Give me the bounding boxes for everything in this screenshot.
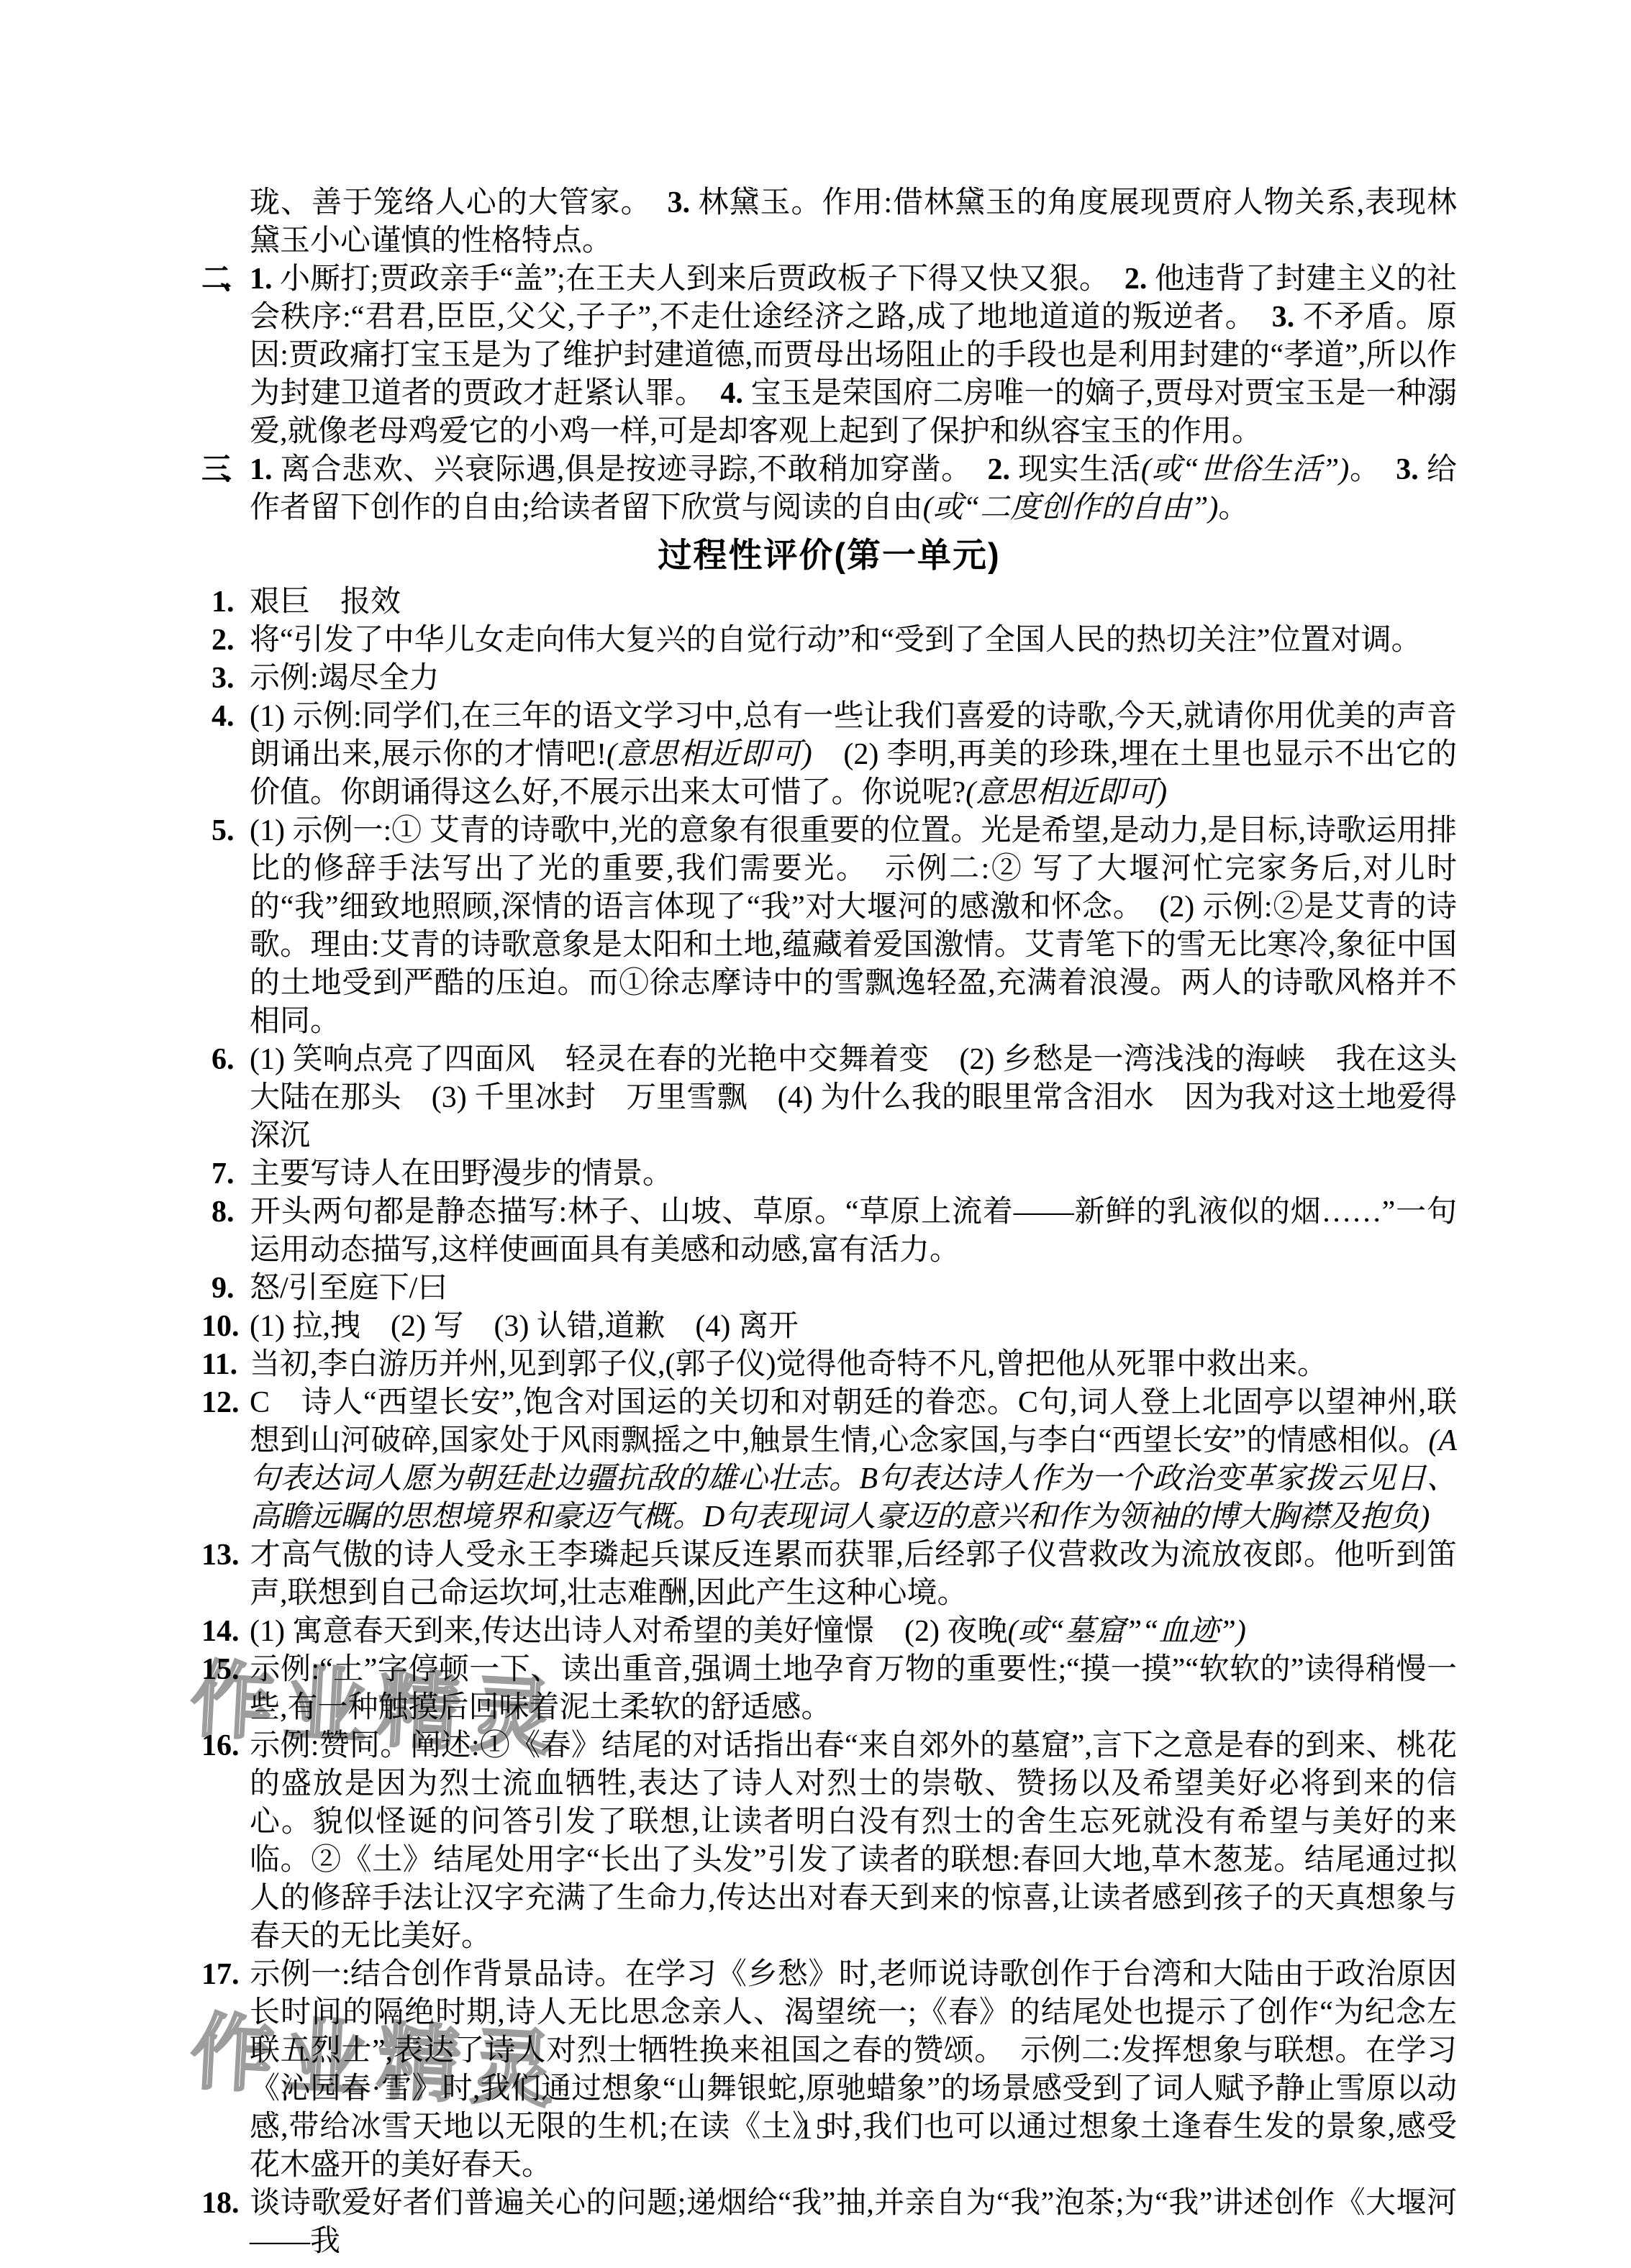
- section-marker: 三、: [201, 451, 250, 489]
- text-run: 4.: [720, 377, 743, 410]
- answer-item: 5.(1) 示例一:① 艾青的诗歌中,光的意象有很重要的位置。光是希望,是动力,…: [201, 812, 1457, 1041]
- text-run: (或“墓窟”“血迹”): [1007, 1615, 1245, 1648]
- answer-item: 10.(1) 拉,拽 (2) 写 (3) 认错,道歉 (4) 离开: [201, 1308, 1457, 1346]
- item-number: 17.: [201, 1956, 250, 1994]
- item-number: 3.: [201, 660, 250, 698]
- answer-item: 11.当初,李白游历并州,见到郭子仪,(郭子仪)觉得他奇特不凡,曾把他从死罪中救…: [201, 1346, 1457, 1384]
- text-run: 1.: [250, 453, 273, 486]
- text-run: (1) 示例一:① 艾青的诗歌中,光的意象有很重要的位置。光是希望,是动力,是目…: [250, 814, 1457, 1038]
- item-number: 1.: [201, 583, 250, 621]
- answer-item: 8.开头两句都是静态描写:林子、山坡、草原。“草原上流着——新鲜的乳液似的烟………: [201, 1193, 1457, 1270]
- answer-item: 3.示例:竭尽全力: [201, 660, 1457, 698]
- item-number: 2.: [201, 621, 250, 660]
- text-run: 示例一:结合创作背景品诗。在学习《乡愁》时,老师说诗歌创作于台湾和大陆由于政治原…: [250, 1958, 1457, 2182]
- text-run: 过程性评价(第一单元): [658, 536, 1000, 574]
- text-run: (意思相近即可): [606, 738, 812, 771]
- answer-item: 三、1. 离合悲欢、兴衰际遇,俱是按迹寻踪,不敢稍加穿凿。 2. 现实生活(或“…: [201, 451, 1457, 527]
- text-run: 谈诗歌爱好者们普遍关心的问题;递烟给“我”抽,并亲自为“我”泡茶;为“我”讲述创…: [250, 2187, 1457, 2258]
- answer-item: 6.(1) 笑响点亮了四面风 轻灵在春的光艳中交舞着变 (2) 乡愁是一湾浅浅的…: [201, 1041, 1457, 1155]
- text-run: 小厮打;贾政亲手“盖”;在王夫人到来后贾政板子下得又快又狠。: [273, 263, 1125, 296]
- answer-blocks: 珑、善于笼络人心的大管家。 3. 林黛玉。作用:借林黛玉的角度展现贾府人物关系,…: [201, 184, 1457, 2261]
- answer-item: 15.示例:“土”字停顿一下、读出重音,强调土地孕育万物的重要性;“摸一摸”“软…: [201, 1651, 1457, 1727]
- text-run: 示例:“土”字停顿一下、读出重音,强调土地孕育万物的重要性;“摸一摸”“软软的”…: [250, 1653, 1457, 1724]
- answer-item: 二、1. 小厮打;贾政亲手“盖”;在王夫人到来后贾政板子下得又快又狠。 2. 他…: [201, 260, 1457, 451]
- text-run: 艰巨 报效: [250, 586, 401, 619]
- item-number: 10.: [201, 1308, 250, 1346]
- text-run: 示例:竭尽全力: [250, 662, 440, 695]
- text-run: C 诗人“西望长安”,饱含对国运的关切和对朝廷的眷恋。C句,词人登上北固亭以望神…: [250, 1386, 1457, 1457]
- answer-item: 16.示例:赞同。阐述:①《春》结尾的对话指出春“来自郊外的墓窟”,言下之意是春…: [201, 1727, 1457, 1956]
- text-run: 1.: [250, 263, 273, 296]
- item-number: 5.: [201, 812, 250, 850]
- text-run: (1) 寓意春天到来,传达出诗人对希望的美好憧憬 (2) 夜晚: [250, 1615, 1007, 1648]
- answer-item: 4.(1) 示例:同学们,在三年的语文学习中,总有一些让我们喜爱的诗歌,今天,就…: [201, 698, 1457, 812]
- text-run: 3.: [1396, 453, 1419, 486]
- item-number: 6.: [201, 1041, 250, 1079]
- answer-item: 13.才高气傲的诗人受永王李璘起兵谋反连累而获罪,后经郭子仪营救改为流放夜郎。他…: [201, 1536, 1457, 1613]
- item-number: 8.: [201, 1193, 250, 1231]
- answer-item: 珑、善于笼络人心的大管家。 3. 林黛玉。作用:借林黛玉的角度展现贾府人物关系,…: [201, 184, 1457, 260]
- item-number: 13.: [201, 1536, 250, 1575]
- answer-item: 1.艰巨 报效: [201, 583, 1457, 621]
- text-run: 才高气傲的诗人受永王李璘起兵谋反连累而获罪,后经郭子仪营救改为流放夜郎。他听到笛…: [250, 1539, 1457, 1610]
- page-number: · 15 ·: [0, 2112, 1631, 2146]
- text-run: 。: [1349, 453, 1396, 486]
- item-number: 7.: [201, 1155, 250, 1193]
- text-run: 开头两句都是静态描写:林子、山坡、草原。“草原上流着——新鲜的乳液似的烟……”一…: [250, 1196, 1457, 1267]
- item-number: 14.: [201, 1613, 250, 1651]
- text-run: (1) 笑响点亮了四面风 轻灵在春的光艳中交舞着变 (2) 乡愁是一湾浅浅的海峡…: [250, 1043, 1487, 1152]
- text-run: 示例:赞同。阐述:①《春》结尾的对话指出春“来自郊外的墓窟”,言下之意是春的到来…: [250, 1729, 1457, 1953]
- text-run: 。: [1218, 491, 1248, 524]
- text-run: 将“引发了中华儿女走向伟大复兴的自觉行动”和“受到了全国人民的热切关注”位置对调…: [250, 624, 1422, 657]
- item-number: 9.: [201, 1270, 250, 1308]
- text-run: 2.: [1125, 263, 1148, 296]
- answer-item: 12.C 诗人“西望长安”,饱含对国运的关切和对朝廷的眷恋。C句,词人登上北固亭…: [201, 1384, 1457, 1536]
- answer-item: 2.将“引发了中华儿女走向伟大复兴的自觉行动”和“受到了全国人民的热切关注”位置…: [201, 621, 1457, 660]
- answer-item: 17.示例一:结合创作背景品诗。在学习《乡愁》时,老师说诗歌创作于台湾和大陆由于…: [201, 1956, 1457, 2185]
- answer-item: 18.谈诗歌爱好者们普遍关心的问题;递烟给“我”抽,并亲自为“我”泡茶;为“我”…: [201, 2185, 1457, 2261]
- item-number: 4.: [201, 698, 250, 736]
- text-run: (或“二度创作的自由”): [923, 491, 1219, 524]
- text-run: 现实生活: [1010, 453, 1141, 486]
- item-number: 18.: [201, 2185, 250, 2223]
- text-run: 怒/引至庭下/曰: [250, 1272, 447, 1305]
- text-run: 当初,李白游历并州,见到郭子仪,(郭子仪)觉得他奇特不凡,曾把他从死罪中救出来。: [250, 1348, 1327, 1381]
- section-marker: 二、: [201, 260, 250, 299]
- text-run: (意思相近即可): [966, 776, 1167, 809]
- text-run: 珑、善于笼络人心的大管家。: [250, 186, 668, 219]
- text-run: 离合悲欢、兴衰际遇,俱是按迹寻踪,不敢稍加穿凿。: [273, 453, 988, 486]
- text-run: (1) 拉,拽 (2) 写 (3) 认错,道歉 (4) 离开: [250, 1310, 799, 1343]
- text-run: 2.: [987, 453, 1010, 486]
- item-number: 12.: [201, 1384, 250, 1422]
- item-number: 11.: [201, 1346, 250, 1384]
- answer-item: 14.(1) 寓意春天到来,传达出诗人对希望的美好憧憬 (2) 夜晚(或“墓窟”…: [201, 1613, 1457, 1651]
- answer-item: 9.怒/引至庭下/曰: [201, 1270, 1457, 1308]
- item-number: 16.: [201, 1727, 250, 1765]
- text-run: 主要写诗人在田野漫步的情景。: [250, 1157, 673, 1190]
- answer-item: 7.主要写诗人在田野漫步的情景。: [201, 1155, 1457, 1193]
- text-run: (或“世俗生活”): [1141, 453, 1349, 486]
- text-run: 3.: [668, 186, 691, 219]
- text-run: 3.: [1272, 301, 1295, 334]
- item-number: 15.: [201, 1651, 250, 1689]
- section-title: 过程性评价(第一单元): [201, 535, 1457, 575]
